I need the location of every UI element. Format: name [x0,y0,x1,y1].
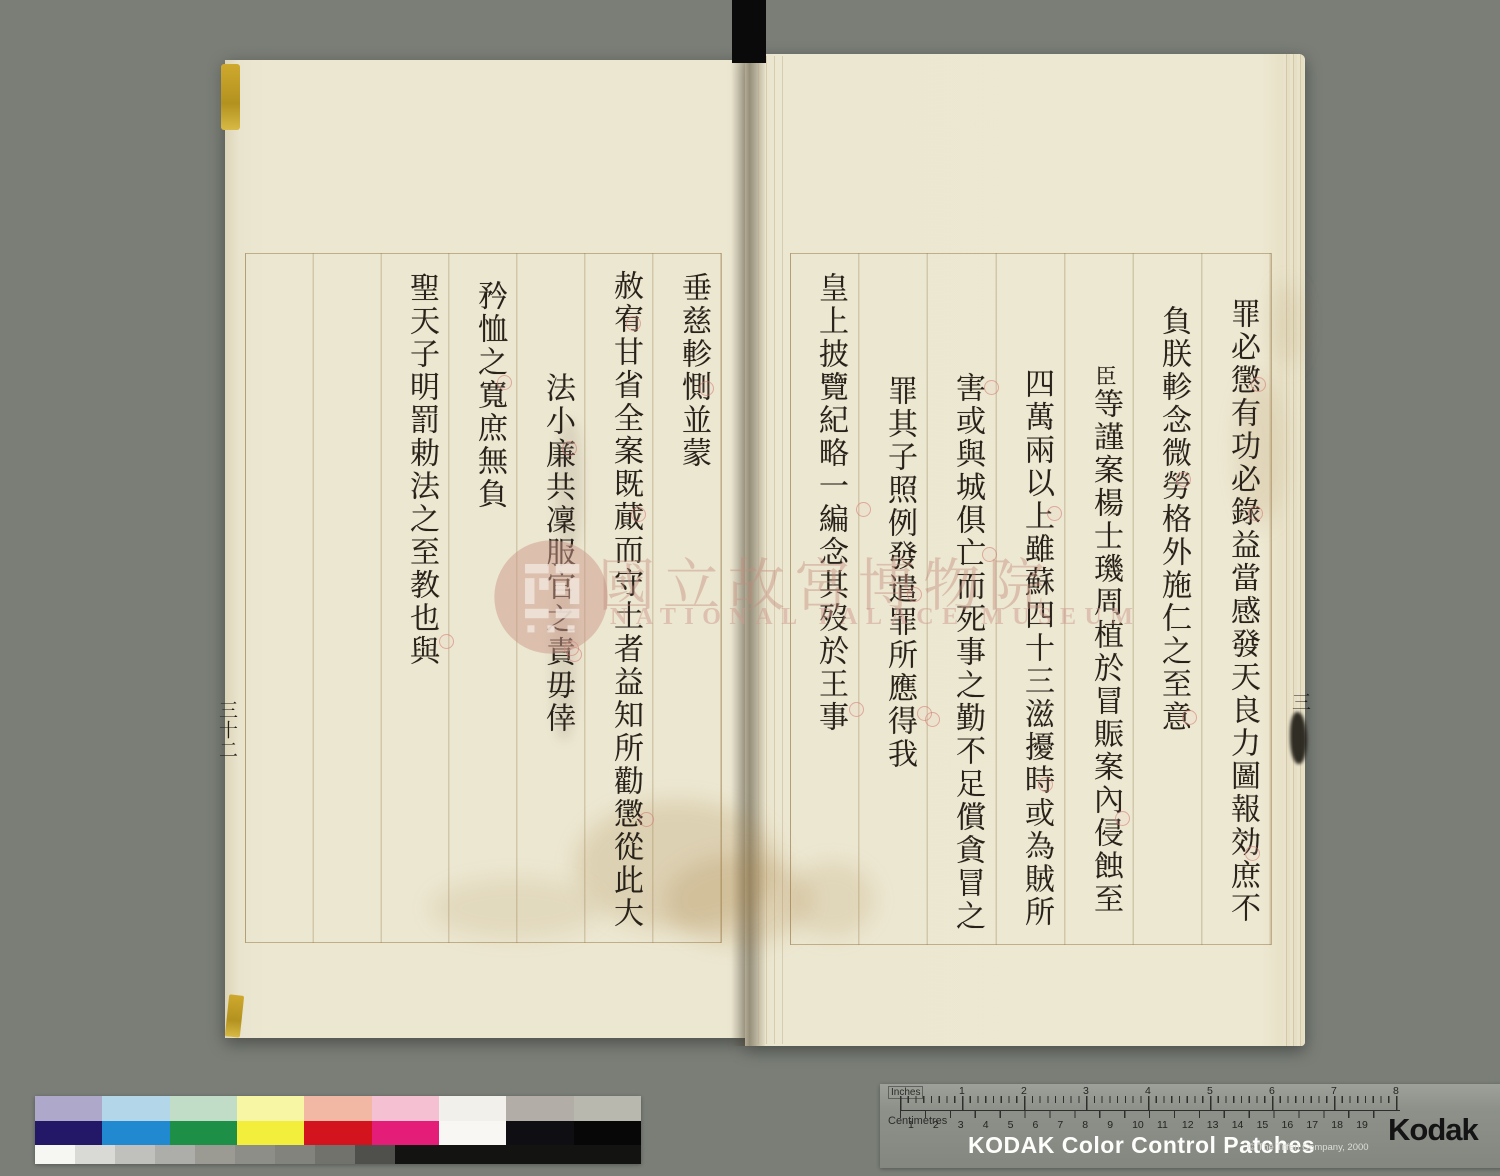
color-patch [115,1145,155,1164]
cm-number: 13 [1207,1119,1219,1131]
text-column: 垂慈軫惻並蒙 [672,272,714,470]
color-patch [439,1121,506,1145]
cm-number: 15 [1257,1119,1269,1131]
inch-number: 6 [1269,1085,1275,1097]
binding-silk-top [221,64,240,130]
reading-mark-circle [917,706,932,721]
reading-mark-circle [1248,506,1263,521]
cm-number: 16 [1282,1119,1294,1131]
inch-number: 2 [1021,1085,1027,1097]
reading-mark-circle [1251,377,1266,392]
color-patch [372,1121,439,1145]
reading-mark-circle [497,375,512,390]
kodak-ruler: Inches Centimetres 12345678 123456789101… [880,1084,1500,1168]
binding-gap [732,0,766,63]
cm-number: 4 [983,1119,989,1131]
cm-number: 12 [1182,1119,1194,1131]
cm-number: 18 [1331,1119,1343,1131]
pastel-patch-row [35,1096,641,1121]
color-patch [574,1121,641,1145]
color-patch [235,1145,275,1164]
reading-mark-circle [1047,506,1062,521]
cm-number: 1 [908,1119,914,1131]
color-patch [237,1121,304,1145]
text-column: 四萬兩以上雖蘇四十三滋擾時或為賊所 [1015,368,1057,929]
color-patch [237,1096,304,1121]
water-stain [1272,282,1302,367]
reading-mark-circle [856,502,871,517]
color-patch [315,1145,355,1164]
text-column: 赦宥甘省全案既蕆而守土者益知所勸懲從此大 [604,270,646,930]
water-stain [665,855,810,945]
folio-number-right: 三 [1287,692,1314,712]
text-column: 負朕軫念微勞格外施仁之至意 [1152,305,1194,734]
reading-mark-circle [562,441,577,456]
color-patch [102,1121,169,1145]
cm-number: 6 [1033,1119,1039,1131]
reading-mark-circle [626,316,641,331]
reading-mark-circle [984,380,999,395]
cm-tick-scale [900,1110,1387,1118]
cm-number: 9 [1107,1119,1113,1131]
kodak-color-patches [35,1096,641,1164]
color-patch [35,1121,102,1145]
color-patch [304,1121,371,1145]
water-stain [790,862,875,937]
text-column-body: 等謹案楊士璣周植於冒賑案內侵蝕至 [1088,388,1123,916]
text-column: 臣等謹案楊士璣周植於冒賑案內侵蝕至 [1084,363,1126,916]
inch-number: 1 [959,1085,965,1097]
copyright-text: © The Tiffen Company, 2000 [1248,1142,1369,1153]
inch-number: 3 [1083,1085,1089,1097]
reading-mark-circle [1115,811,1130,826]
cm-number: 11 [1157,1119,1168,1131]
reading-mark-circle [564,641,579,656]
cm-number: 17 [1306,1119,1318,1131]
text-column: 皇上披覽紀略一編念其歿於王事 [809,272,851,734]
inch-number: 5 [1207,1085,1213,1097]
color-patch [395,1145,641,1164]
inch-number: 7 [1331,1085,1337,1097]
reading-mark-circle [439,634,454,649]
color-patch [75,1145,115,1164]
color-patch [35,1096,102,1121]
text-column: 法小廉共凜服官之責毋倖 [536,372,578,735]
cm-number: 3 [958,1119,964,1131]
color-patch [275,1145,315,1164]
reading-mark-circle [1038,777,1053,792]
text-column: 罪其子照例發遣罪所應得我 [878,375,920,771]
color-patch [170,1096,237,1121]
cm-number: 14 [1232,1119,1244,1131]
text-column: 矜恤之寬庶無負 [468,280,510,511]
humble-prefix: 臣 [1093,365,1117,388]
water-stain [430,878,600,938]
color-patch [355,1145,395,1164]
reading-mark-circle [1182,710,1197,725]
scan-background: 罪必懲有功必錄益當感發天良力圖報効庶不 負朕軫念微勞格外施仁之至意 臣等謹案楊士… [0,0,1500,1176]
cm-number: 7 [1057,1119,1063,1131]
color-patch [195,1145,235,1164]
cm-number: 10 [1132,1119,1144,1131]
color-patch [102,1096,169,1121]
inch-tick-scale [900,1096,1400,1111]
saturated-patch-row [35,1121,641,1145]
folio-number-left: 三十二 [219,700,241,760]
color-patch [506,1121,573,1145]
grayscale-patch-row [35,1145,641,1164]
reading-mark-circle [1176,472,1191,487]
reading-mark-circle [1245,846,1260,861]
inch-number: 4 [1145,1085,1151,1097]
reading-mark-circle [631,507,646,522]
reading-mark-circle [907,587,922,602]
page-edge-stack [1283,54,1305,1046]
color-patch [574,1096,641,1121]
color-patch [170,1121,237,1145]
color-patch [506,1096,573,1121]
cm-number: 5 [1008,1119,1014,1131]
reading-mark-circle [982,547,997,562]
color-patch [155,1145,195,1164]
cm-number: 19 [1356,1119,1368,1131]
text-column: 聖天子明罰勅法之至教也與 [400,272,442,668]
reading-mark-circle [849,702,864,717]
text-column: 害或與城俱亡而死事之勤不足償貪冒之 [946,372,988,933]
reading-mark-circle [639,812,654,827]
color-patch [35,1145,75,1164]
color-patch [372,1096,439,1121]
text-column: 罪必懲有功必錄益當感發天良力圖報効庶不 [1221,298,1263,925]
color-patch [304,1096,371,1121]
reading-mark-circle [699,381,714,396]
color-patch [439,1096,506,1121]
cm-number: 8 [1082,1119,1088,1131]
kodak-logo: Kodak [1388,1112,1478,1148]
inch-number: 8 [1393,1085,1399,1097]
cm-number: 2 [933,1119,939,1131]
